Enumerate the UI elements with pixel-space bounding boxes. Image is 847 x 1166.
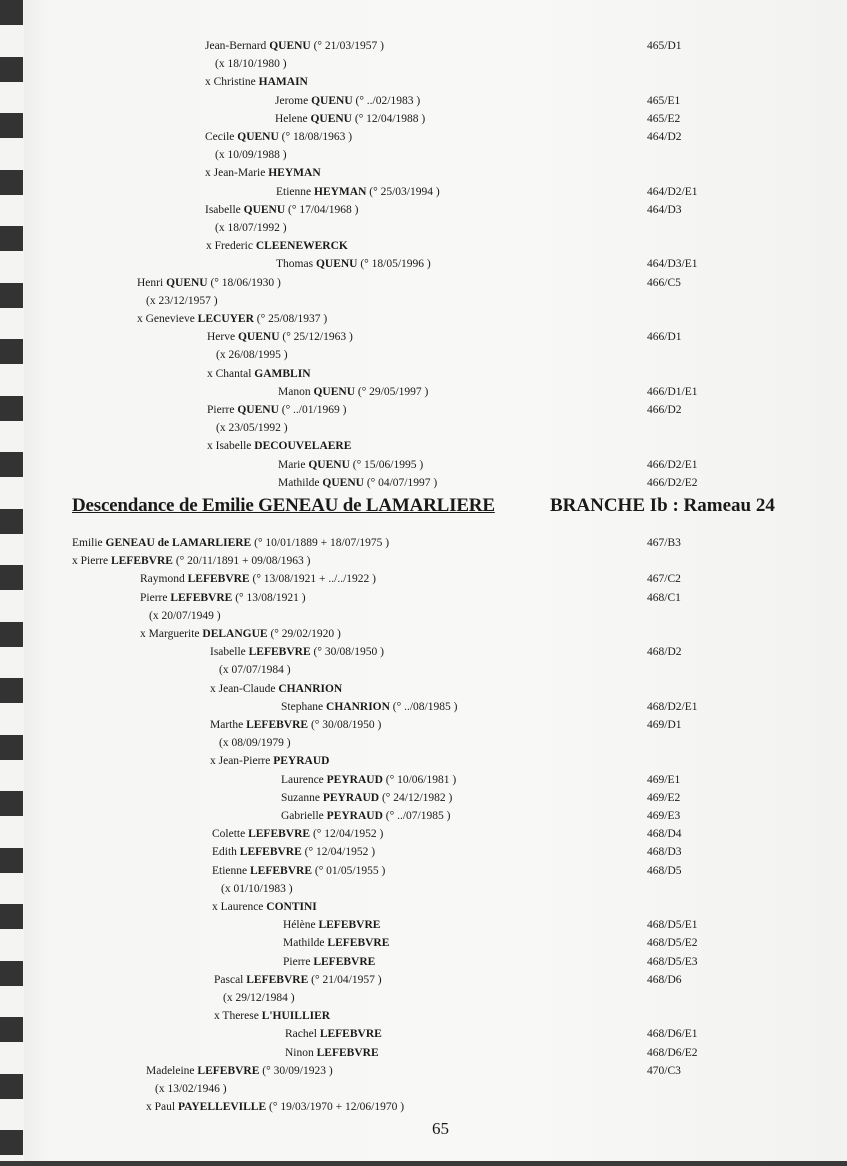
surname: LEFEBVRE <box>246 719 308 731</box>
entry-prefix: x Chantal <box>207 368 254 380</box>
marriage-date: (x 10/09/1988 ) <box>215 148 287 162</box>
entry-prefix: x Jean-Pierre <box>210 755 273 767</box>
surname: QUENU <box>311 95 353 107</box>
marriage-date: (x 13/02/1946 ) <box>155 1082 227 1096</box>
reference-code: 468/D2 <box>647 645 682 659</box>
surname: LEFEBVRE <box>240 846 302 858</box>
reference-code: 465/E1 <box>647 94 680 108</box>
life-dates: (° 12/04/1952 ) <box>302 846 375 858</box>
person-entry: x Frederic CLEENEWERCK <box>206 239 348 253</box>
person-entry: Suzanne PEYRAUD (° 24/12/1982 ) <box>281 791 452 805</box>
person-entry: Madeleine LEFEBVRE (° 30/09/1923 ) <box>146 1064 333 1078</box>
person-entry: Edith LEFEBVRE (° 12/04/1952 ) <box>212 845 375 859</box>
life-dates: (° 21/04/1957 ) <box>308 974 381 986</box>
entry-prefix: x Pierre <box>72 555 111 567</box>
surname: CLEENEWERCK <box>256 240 348 252</box>
person-entry: Marie QUENU (° 15/06/1995 ) <box>278 458 423 472</box>
life-dates: (° 30/09/1923 ) <box>259 1065 332 1077</box>
entry-prefix: Pierre <box>283 956 313 968</box>
life-dates: (° ../02/1983 ) <box>353 95 421 107</box>
surname: DELANGUE <box>202 628 267 640</box>
surname: QUENU <box>322 477 364 489</box>
marriage-date: (x 18/07/1992 ) <box>215 221 287 235</box>
entry-prefix: Etienne <box>276 186 314 198</box>
life-dates: (° 13/08/1921 ) <box>232 592 305 604</box>
entry-prefix: Marthe <box>210 719 246 731</box>
surname: L'HUILLIER <box>262 1010 330 1022</box>
entry-prefix: (x 08/09/1979 ) <box>219 737 291 749</box>
entry-prefix: Henri <box>137 277 166 289</box>
entry-prefix: Etienne <box>212 865 250 877</box>
entry-prefix: (x 01/10/1983 ) <box>221 883 293 895</box>
surname: LEFEBVRE <box>111 555 173 567</box>
entry-prefix: (x 13/02/1946 ) <box>155 1083 227 1095</box>
entry-prefix: x Isabelle <box>207 440 254 452</box>
binding-hole <box>0 678 23 703</box>
surname: LEFEBVRE <box>249 646 311 658</box>
person-entry: Herve QUENU (° 25/12/1963 ) <box>207 330 353 344</box>
entry-prefix: Isabelle <box>205 204 244 216</box>
life-dates: (° 25/12/1963 ) <box>280 331 353 343</box>
entry-prefix: Jerome <box>275 95 311 107</box>
person-entry: Pierre QUENU (° ../01/1969 ) <box>207 403 346 417</box>
life-dates: (° 04/07/1997 ) <box>364 477 437 489</box>
entry-prefix: Raymond <box>140 573 188 585</box>
surname: PEYRAUD <box>273 755 329 767</box>
entry-prefix: Hélène <box>283 919 318 931</box>
reference-code: 468/D5 <box>647 864 682 878</box>
entry-prefix: Pierre <box>140 592 170 604</box>
surname: HEYMAN <box>314 186 366 198</box>
reference-code: 466/D2/E2 <box>647 476 697 490</box>
reference-code: 469/D1 <box>647 718 682 732</box>
person-entry: x Pierre LEFEBVRE (° 20/11/1891 + 09/08/… <box>72 554 310 568</box>
surname: QUENU <box>269 40 311 52</box>
person-entry: Cecile QUENU (° 18/08/1963 ) <box>205 130 352 144</box>
life-dates: (° 18/08/1963 ) <box>279 131 352 143</box>
person-entry: Isabelle QUENU (° 17/04/1968 ) <box>205 203 358 217</box>
surname: HEYMAN <box>268 167 320 179</box>
entry-prefix: Suzanne <box>281 792 323 804</box>
life-dates: (° 21/03/1957 ) <box>311 40 384 52</box>
reference-code: 466/D2/E1 <box>647 458 697 472</box>
surname: LEFEBVRE <box>246 974 308 986</box>
life-dates: (° 18/05/1996 ) <box>357 258 430 270</box>
entry-prefix: x Marguerite <box>140 628 202 640</box>
person-entry: Manon QUENU (° 29/05/1997 ) <box>278 385 428 399</box>
person-entry: x Laurence CONTINI <box>212 900 317 914</box>
entry-prefix: (x 26/08/1995 ) <box>216 349 288 361</box>
reference-code: 466/D1 <box>647 330 682 344</box>
person-entry: Rachel LEFEBVRE <box>285 1027 382 1041</box>
surname: CHANRION <box>326 701 390 713</box>
surname: PAYELLEVILLE <box>178 1101 266 1113</box>
surname: QUENU <box>237 131 279 143</box>
person-entry: x Therese L'HUILLIER <box>214 1009 330 1023</box>
surname: QUENU <box>308 459 350 471</box>
binding-hole <box>0 283 23 308</box>
surname: QUENU <box>238 331 280 343</box>
entry-prefix: Mathilde <box>283 937 327 949</box>
person-entry: Ninon LEFEBVRE <box>285 1046 379 1060</box>
entry-prefix: (x 23/05/1992 ) <box>216 422 288 434</box>
branch-label: BRANCHE Ib : Rameau 24 <box>550 495 775 517</box>
surname: CHANRION <box>278 683 342 695</box>
marriage-date: (x 08/09/1979 ) <box>219 736 291 750</box>
marriage-date: (x 18/10/1980 ) <box>215 57 287 71</box>
entry-prefix: (x 20/07/1949 ) <box>149 610 221 622</box>
surname: LEFEBVRE <box>327 937 389 949</box>
entry-prefix: Laurence <box>281 774 327 786</box>
life-dates: (° 17/04/1968 ) <box>285 204 358 216</box>
surname: PEYRAUD <box>323 792 379 804</box>
binding-hole <box>0 339 23 364</box>
life-dates: (° 18/06/1930 ) <box>208 277 281 289</box>
reference-code: 468/D5/E3 <box>647 955 697 969</box>
entry-prefix: (x 18/07/1992 ) <box>215 222 287 234</box>
entry-prefix: (x 23/12/1957 ) <box>146 295 218 307</box>
entry-prefix: x Jean-Marie <box>205 167 268 179</box>
binding-hole <box>0 622 23 647</box>
surname: LEFEBVRE <box>197 1065 259 1077</box>
person-entry: Jerome QUENU (° ../02/1983 ) <box>275 94 420 108</box>
surname: GAMBLIN <box>254 368 310 380</box>
surname: QUENU <box>237 404 279 416</box>
surname: QUENU <box>244 204 286 216</box>
reference-code: 468/D6/E1 <box>647 1027 697 1041</box>
surname: HAMAIN <box>259 76 308 88</box>
binding-hole <box>0 226 23 251</box>
marriage-date: (x 23/12/1957 ) <box>146 294 218 308</box>
reference-code: 467/C2 <box>647 572 681 586</box>
life-dates: (° 29/02/1920 ) <box>268 628 341 640</box>
surname: LEFEBVRE <box>318 919 380 931</box>
surname: LEFEBVRE <box>250 865 312 877</box>
person-entry: Pascal LEFEBVRE (° 21/04/1957 ) <box>214 973 382 987</box>
entry-prefix: Madeleine <box>146 1065 197 1077</box>
entry-prefix: Gabrielle <box>281 810 327 822</box>
binding-hole <box>0 0 23 25</box>
surname: LEFEBVRE <box>320 1028 382 1040</box>
person-entry: x Marguerite DELANGUE (° 29/02/1920 ) <box>140 627 341 641</box>
person-entry: x Isabelle DECOUVELAERE <box>207 439 351 453</box>
reference-code: 466/D2 <box>647 403 682 417</box>
entry-prefix: Edith <box>212 846 240 858</box>
section-heading: Descendance de Emilie GENEAU de LAMARLIE… <box>72 495 495 517</box>
reference-code: 468/D4 <box>647 827 682 841</box>
person-entry: x Jean-Pierre PEYRAUD <box>210 754 329 768</box>
binding-hole <box>0 904 23 929</box>
surname: LEFEBVRE <box>248 828 310 840</box>
reference-code: 466/D1/E1 <box>647 385 697 399</box>
binding-hole <box>0 509 23 534</box>
life-dates: (° 12/04/1988 ) <box>352 113 425 125</box>
person-entry: x Genevieve LECUYER (° 25/08/1937 ) <box>137 312 327 326</box>
reference-code: 464/D3 <box>647 203 682 217</box>
person-entry: Colette LEFEBVRE (° 12/04/1952 ) <box>212 827 383 841</box>
entry-prefix: Cecile <box>205 131 237 143</box>
person-entry: x Paul PAYELLEVILLE (° 19/03/1970 + 12/0… <box>146 1100 404 1114</box>
entry-prefix: x Paul <box>146 1101 178 1113</box>
reference-code: 466/C5 <box>647 276 681 290</box>
binding-hole <box>0 848 23 873</box>
surname: PEYRAUD <box>327 774 383 786</box>
reference-code: 464/D2/E1 <box>647 185 697 199</box>
life-dates: (° ../07/1985 ) <box>383 810 451 822</box>
person-entry: Raymond LEFEBVRE (° 13/08/1921 + ../../1… <box>140 572 376 586</box>
marriage-date: (x 20/07/1949 ) <box>149 609 221 623</box>
person-entry: Pierre LEFEBVRE <box>283 955 375 969</box>
person-entry: x Christine HAMAIN <box>205 75 308 89</box>
entry-prefix: x Therese <box>214 1010 262 1022</box>
marriage-date: (x 07/07/1984 ) <box>219 663 291 677</box>
life-dates: (° 10/01/1889 + 18/07/1975 ) <box>251 537 389 549</box>
reference-code: 465/E2 <box>647 112 680 126</box>
reference-code: 469/E2 <box>647 791 680 805</box>
page-edge-shadow <box>0 1161 847 1166</box>
entry-prefix: x Laurence <box>212 901 266 913</box>
document-page: Jean-Bernard QUENU (° 21/03/1957 )465/D1… <box>24 0 847 1166</box>
reference-code: 468/D5/E2 <box>647 936 697 950</box>
entry-prefix: Thomas <box>276 258 316 270</box>
life-dates: (° 30/08/1950 ) <box>311 646 384 658</box>
entry-prefix: Marie <box>278 459 308 471</box>
entry-prefix: x Frederic <box>206 240 256 252</box>
page-number: 65 <box>432 1119 449 1139</box>
entry-prefix: Manon <box>278 386 313 398</box>
binding-hole <box>0 452 23 477</box>
person-entry: Etienne LEFEBVRE (° 01/05/1955 ) <box>212 864 385 878</box>
person-entry: Henri QUENU (° 18/06/1930 ) <box>137 276 281 290</box>
life-dates: (° ../01/1969 ) <box>279 404 347 416</box>
reference-code: 464/D2 <box>647 130 682 144</box>
entry-prefix: Colette <box>212 828 248 840</box>
life-dates: (° 30/08/1950 ) <box>308 719 381 731</box>
entry-prefix: Stephane <box>281 701 326 713</box>
binding-hole <box>0 961 23 986</box>
reference-code: 464/D3/E1 <box>647 257 697 271</box>
marriage-date: (x 29/12/1984 ) <box>223 991 295 1005</box>
person-entry: Marthe LEFEBVRE (° 30/08/1950 ) <box>210 718 381 732</box>
surname: QUENU <box>310 113 352 125</box>
person-entry: Mathilde LEFEBVRE <box>283 936 389 950</box>
entry-prefix: (x 07/07/1984 ) <box>219 664 291 676</box>
life-dates: (° 13/08/1921 + ../../1922 ) <box>250 573 376 585</box>
marriage-date: (x 23/05/1992 ) <box>216 421 288 435</box>
reference-code: 470/C3 <box>647 1064 681 1078</box>
life-dates: (° ../08/1985 ) <box>390 701 458 713</box>
binding-hole <box>0 565 23 590</box>
reference-code: 465/D1 <box>647 39 682 53</box>
entry-prefix: (x 29/12/1984 ) <box>223 992 295 1004</box>
person-entry: Etienne HEYMAN (° 25/03/1994 ) <box>276 185 440 199</box>
person-entry: Helene QUENU (° 12/04/1988 ) <box>275 112 425 126</box>
marriage-date: (x 01/10/1983 ) <box>221 882 293 896</box>
person-entry: Thomas QUENU (° 18/05/1996 ) <box>276 257 431 271</box>
entry-prefix: (x 10/09/1988 ) <box>215 149 287 161</box>
surname: QUENU <box>316 258 358 270</box>
surname: LEFEBVRE <box>313 956 375 968</box>
person-entry: Pierre LEFEBVRE (° 13/08/1921 ) <box>140 591 306 605</box>
entry-prefix: Jean-Bernard <box>205 40 269 52</box>
marriage-date: (x 26/08/1995 ) <box>216 348 288 362</box>
surname: CONTINI <box>266 901 316 913</box>
entry-prefix: Emilie <box>72 537 106 549</box>
entry-prefix: Ninon <box>285 1047 317 1059</box>
reference-code: 469/E1 <box>647 773 680 787</box>
life-dates: (° 20/11/1891 + 09/08/1963 ) <box>173 555 310 567</box>
binding-hole <box>0 1017 23 1042</box>
binding-hole <box>0 735 23 760</box>
surname: LECUYER <box>198 313 254 325</box>
reference-code: 468/D5/E1 <box>647 918 697 932</box>
surname: LEFEBVRE <box>188 573 250 585</box>
entry-prefix: Herve <box>207 331 238 343</box>
person-entry: Mathilde QUENU (° 04/07/1997 ) <box>278 476 437 490</box>
entry-prefix: x Christine <box>205 76 259 88</box>
surname: PEYRAUD <box>327 810 383 822</box>
entry-prefix: x Genevieve <box>137 313 198 325</box>
life-dates: (° 24/12/1982 ) <box>379 792 452 804</box>
entry-prefix: (x 18/10/1980 ) <box>215 58 287 70</box>
person-entry: x Jean-Claude CHANRION <box>210 682 342 696</box>
surname: LEFEBVRE <box>170 592 232 604</box>
binding-hole <box>0 1130 23 1155</box>
surname: GENEAU de LAMARLIERE <box>106 537 252 549</box>
binding-hole <box>0 57 23 82</box>
surname: QUENU <box>166 277 208 289</box>
life-dates: (° 19/03/1970 + 12/06/1970 ) <box>266 1101 404 1113</box>
entry-prefix: Pascal <box>214 974 246 986</box>
life-dates: (° 10/06/1981 ) <box>383 774 456 786</box>
reference-code: 468/C1 <box>647 591 681 605</box>
reference-code: 468/D6/E2 <box>647 1046 697 1060</box>
entry-prefix: x Jean-Claude <box>210 683 278 695</box>
surname: LEFEBVRE <box>317 1047 379 1059</box>
surname: QUENU <box>313 386 355 398</box>
person-entry: Gabrielle PEYRAUD (° ../07/1985 ) <box>281 809 450 823</box>
reference-code: 468/D6 <box>647 973 682 987</box>
person-entry: Emilie GENEAU de LAMARLIERE (° 10/01/188… <box>72 536 389 550</box>
person-entry: Isabelle LEFEBVRE (° 30/08/1950 ) <box>210 645 384 659</box>
person-entry: x Chantal GAMBLIN <box>207 367 311 381</box>
person-entry: x Jean-Marie HEYMAN <box>205 166 321 180</box>
binding-hole <box>0 113 23 138</box>
person-entry: Jean-Bernard QUENU (° 21/03/1957 ) <box>205 39 384 53</box>
binding-hole <box>0 1074 23 1099</box>
life-dates: (° 15/06/1995 ) <box>350 459 423 471</box>
surname: DECOUVELAERE <box>254 440 351 452</box>
binding-hole <box>0 791 23 816</box>
reference-code: 468/D2/E1 <box>647 700 697 714</box>
entry-prefix: Isabelle <box>210 646 249 658</box>
life-dates: (° 29/05/1997 ) <box>355 386 428 398</box>
entry-prefix: Helene <box>275 113 310 125</box>
binding-hole <box>0 170 23 195</box>
life-dates: (° 12/04/1952 ) <box>310 828 383 840</box>
person-entry: Hélène LEFEBVRE <box>283 918 380 932</box>
reference-code: 467/B3 <box>647 536 681 550</box>
entry-prefix: Mathilde <box>278 477 322 489</box>
entry-prefix: Rachel <box>285 1028 320 1040</box>
life-dates: (° 25/03/1994 ) <box>366 186 439 198</box>
life-dates: (° 25/08/1937 ) <box>254 313 327 325</box>
entry-prefix: Pierre <box>207 404 237 416</box>
reference-code: 468/D3 <box>647 845 682 859</box>
reference-code: 469/E3 <box>647 809 680 823</box>
binding-hole <box>0 396 23 421</box>
person-entry: Stephane CHANRION (° ../08/1985 ) <box>281 700 457 714</box>
person-entry: Laurence PEYRAUD (° 10/06/1981 ) <box>281 773 456 787</box>
life-dates: (° 01/05/1955 ) <box>312 865 385 877</box>
